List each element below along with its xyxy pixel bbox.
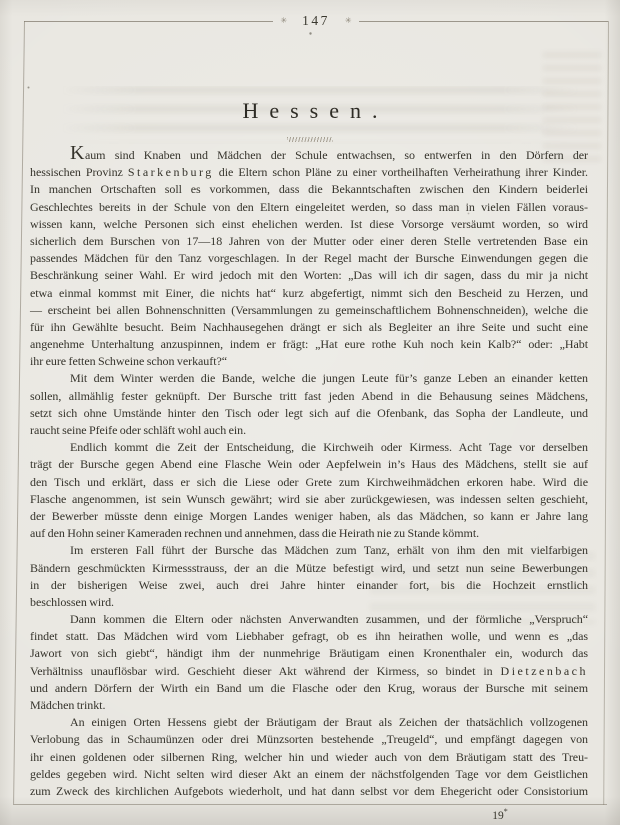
text-line: findet statt. Das Mädchen wird vom Liebh… xyxy=(30,628,588,645)
text-line: für ihn Gewählte besucht. Beim Nachhause… xyxy=(30,319,588,336)
letterspaced-word: Dietzenbach xyxy=(501,664,588,678)
text-line: ihr eure fetten Schweine schon verkauft?… xyxy=(30,353,588,370)
ink-specks xyxy=(0,0,1,1)
text-line: sicherlich dem Burschen von 17—18 Jahren… xyxy=(30,233,588,250)
text-line: auf den Hohn seiner Kameraden rechnen un… xyxy=(30,525,588,542)
title-flourish xyxy=(287,137,333,142)
text-line: — erscheint bei allen Bohnenschnitten (V… xyxy=(30,302,588,319)
signature-mark: 19* xyxy=(470,807,530,822)
page-number: 147 xyxy=(294,13,338,29)
text-line: Flasche angenommen, ist sein Wunsch gewä… xyxy=(30,491,588,508)
page-border-bottom xyxy=(13,804,607,805)
signature-star: * xyxy=(504,807,508,816)
text-line: Dann kommen die Eltern oder nächsten Anv… xyxy=(30,611,588,628)
text-line: Endlich kommt die Zeit der Entscheidung,… xyxy=(30,439,588,456)
text-line: den Tisch und erklärt, dass er sich die … xyxy=(30,474,588,491)
text-line: zum Zweck des kirchlichen Aufgebots wied… xyxy=(30,783,588,800)
text-line: Im ersteren Fall führt der Bursche das M… xyxy=(30,542,588,559)
scanned-book-page: ✳ 147 ✳ Hessen. Kaum sind Knaben und Mäd… xyxy=(0,0,620,825)
text-line: Mit dem Winter werden die Bande, welche … xyxy=(30,370,588,387)
text-line: trägt der Bursche gegen Abend eine Flasc… xyxy=(30,456,588,473)
initial-capital: K xyxy=(70,142,85,164)
fleuron-right-icon: ✳ xyxy=(338,17,359,25)
text-line: Jawort von sich giebt“, händigt ihm der … xyxy=(30,645,588,662)
text-line: ihr einen goldenen oder silbernen Ring, … xyxy=(30,749,588,766)
text-line: etwa einmal kommst mit Einer, die nichts… xyxy=(30,285,588,302)
text-line: Mädchen trinkt. xyxy=(30,697,588,714)
page-border-left xyxy=(13,21,25,804)
text-line: geldes gegeben wird. Nicht selten wird d… xyxy=(30,766,588,783)
text-line: beschlossen wird. xyxy=(30,594,588,611)
text-line: sollen, allmählig fester geknüpft. Der B… xyxy=(30,388,588,405)
text-line: Verlobung das in Schaumünzen oder drei M… xyxy=(30,731,588,748)
text-line: Kaum sind Knaben und Mädchen der Schule … xyxy=(30,147,588,164)
fleuron-left-icon: ✳ xyxy=(273,17,294,25)
page-title: Hessen. xyxy=(0,98,620,124)
text-line: Beschränkung seiner Wahl. Er wird jedoch… xyxy=(30,267,588,284)
page-border-right xyxy=(603,21,609,805)
text-line: wissen kann, welche Personen sich einst … xyxy=(30,216,588,233)
text-line: passendes Mädchen für den Tanz vorgeschl… xyxy=(30,250,588,267)
body-text: Kaum sind Knaben und Mädchen der Schule … xyxy=(30,147,588,800)
text-line: Bändern geschmückten Kirmessstrauss, der… xyxy=(30,560,588,577)
signature-number: 19 xyxy=(492,810,504,822)
text-line: hessischen Provinz Starkenburg die Elter… xyxy=(30,164,588,181)
text-line: angenehme Unterhaltung anzuspinnen, inde… xyxy=(30,336,588,353)
letterspaced-word: Starkenburg xyxy=(128,165,214,179)
text-line: und andern Dörfern der Wirth ein Band um… xyxy=(30,680,588,697)
text-line: raucht seine Pfeife oder schläft wohl au… xyxy=(30,422,588,439)
text-line: Geschlechtes bereits in der Schule von d… xyxy=(30,199,588,216)
text-line: setzt sich ohne Umstände hinter den Tisc… xyxy=(30,405,588,422)
text-line: In manchen Ortschaften soll es vorkommen… xyxy=(30,181,588,198)
running-head: ✳ 147 ✳ xyxy=(24,13,608,29)
header-rule-right xyxy=(359,21,608,22)
text-line: Verhältniss unauflösbar wird. Geschieht … xyxy=(30,663,588,680)
text-line: An einigen Orten Hessens giebt der Bräut… xyxy=(30,714,588,731)
text-line: in der bisherigen Weise zwei, auch drei … xyxy=(30,577,588,594)
header-rule-left xyxy=(24,21,273,22)
text-line: der Bewerber müsste denn einige Morgen L… xyxy=(30,508,588,525)
